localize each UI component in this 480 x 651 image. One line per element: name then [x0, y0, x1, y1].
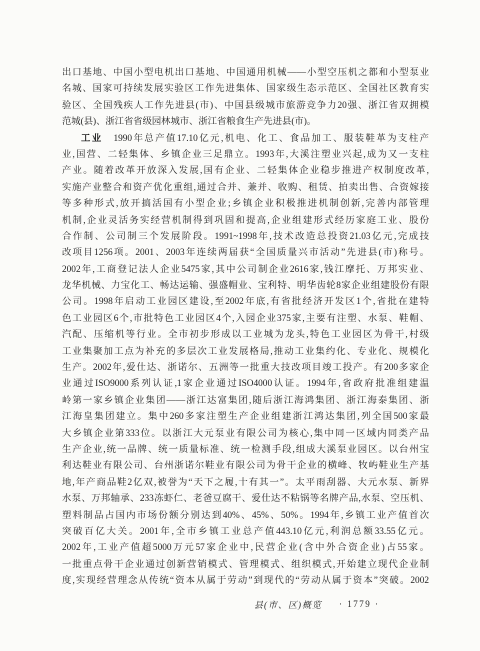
text-line: 业,国营、二轻集体、乡镇企业三足鼎立。1993年,大溪注塑业兴起,成为又一支柱	[62, 147, 429, 163]
industry-heading: 工业	[81, 134, 103, 144]
text-line: 出口基地、中国小型电机出口基地、中国通用机械——小型空压机之都和小型泵业	[62, 65, 429, 81]
text-line: 突破百亿大关。2001年,全市乡镇工业总产值443.10亿元,利润总额33.55…	[62, 524, 429, 540]
text-line: 度,实现经营理念从传统“资本从属于劳动”到现代的“劳动从属于资本”突破。2002	[62, 573, 429, 589]
text-line: 2002年,工业产值超5000万元57家企业中,民营企业(含中外合资企业)占55…	[62, 540, 429, 556]
text-line: 工业 1990年总产值17.10亿元,机电、化工、食品加工、服装鞋革为支柱产	[62, 131, 429, 147]
text-line: 利达鞋业有限公司、台州浙诺尔鞋业有限公司为骨干企业的横峰、牧屿鞋业生产基	[62, 458, 429, 474]
text-line: 地,年产商品鞋2亿双,被誉为“天下之履,十有其一”。太平雨刮器、大元水泵、新界	[62, 475, 429, 491]
text-line: 合作制、公司制三个发展阶段。1991~1998年,技术改造总投资21.03亿元,…	[62, 229, 429, 245]
body-text: 出口基地、中国小型电机出口基地、中国通用机械——小型空压机之都和小型泵业名城、国…	[62, 65, 429, 590]
text-line: 生产。2002年,爱仕达、浙诺尔、五洲等一批重大技改项目竣工投产。有200多家企	[62, 360, 429, 376]
text-line: 江海皇集团建立。集中260多家注塑生产企业组建浙江鸿达集团,列全国500家最	[62, 409, 429, 425]
text-line: 公司。1998年启动工业园区建设,至2002年底,有省批经济开发区1个,省批在建…	[62, 294, 429, 310]
text-line: 2002年,工商登记法人企业5475家,其中公司制企业2616家,钱江摩托、万邦…	[62, 262, 429, 278]
document-page: 出口基地、中国小型电机出口基地、中国通用机械——小型空压机之都和小型泵业名城、国…	[0, 0, 480, 651]
text-line: 实施产业整合和资产优化重组,通过合并、兼并、收购、租赁、拍卖出售、合资嫁接	[62, 180, 429, 196]
text-line: 范城(县)、浙江省省级园林城市、浙江省粮食生产先进县(市)。	[62, 114, 429, 130]
text-line: 龙华机械、力宝化工、畅达运输、强盛帽业、宝利特、明华齿轮8家企业组建股份有限	[62, 278, 429, 294]
page-footer: 县(市、区)概览 · 1779 ·	[254, 597, 380, 611]
footer-section-title: 县(市、区)概览	[254, 598, 322, 611]
text-line: 水泵、万邦轴承、233冻虾仁、老爸豆腐干、爱仕达不粘锅等名牌产品,水泵、空压机、	[62, 491, 429, 507]
text-line: 等多种形式,放开搞活国有小型企业;乡镇企业积极推进机制创新,完善内部管理	[62, 196, 429, 212]
text-line: 产业。随着改革开放深入发展,国有企业、二轻集体企业稳步推进产权制度改革,	[62, 163, 429, 179]
text-line: 生产企业,统一品牌、统一质量标准、统一检测手段,组成大溪泵业园区。以台州宝	[62, 442, 429, 458]
text-line: 塑料制品占国内市场份额分别达到40%、45%、50%。1994年,乡镇工业产值首…	[62, 508, 429, 524]
text-line: 色工业园区6个,市批特色工业园区4个,入园企业375家,主要有注塑、水泵、鞋帽、	[62, 311, 429, 327]
text-line: 工业集聚加工点为补充的多层次工业发展格局,推动工业集约化、专业化、规模化	[62, 344, 429, 360]
text-line: 一批重点骨干企业通过创新营销模式、管理模式、组织模式,开始建立现代企业制	[62, 557, 429, 573]
text-line: 验区、全国残疾人工作先进县(市)、中国县级城市旅游竞争力20强、浙江省双拥模	[62, 98, 429, 114]
text-line: 机制,企业灵活务实经营机制得到巩固和提高,企业组建形式经历家庭工业、股份	[62, 213, 429, 229]
text-line: 改项目1256项。2001、2003年连续两届获“全国质量兴市活动”先进县(市)…	[62, 245, 429, 261]
text-line: 业通过ISO9000系列认证,1家企业通过ISO4000认证。1994年,省政府…	[62, 376, 429, 392]
text-line: 岭第一家乡镇企业集团——浙江达富集团,随后浙江海鸿集团、浙江海泰集团、浙	[62, 393, 429, 409]
footer-page-number: · 1779 ·	[339, 599, 380, 609]
text-line: 汽配、压缩机等行业。全市初步形成以工业城为龙头,特色工业园区为骨干,村级	[62, 327, 429, 343]
text-line: 大乡镇企业第333位。以浙江大元泵业有限公司为核心,集中同一区域内同类产品	[62, 426, 429, 442]
text-line: 名城、国家可持续发展实验区工作先进集体、国家级生态示范区、全国社区教育实	[62, 81, 429, 97]
